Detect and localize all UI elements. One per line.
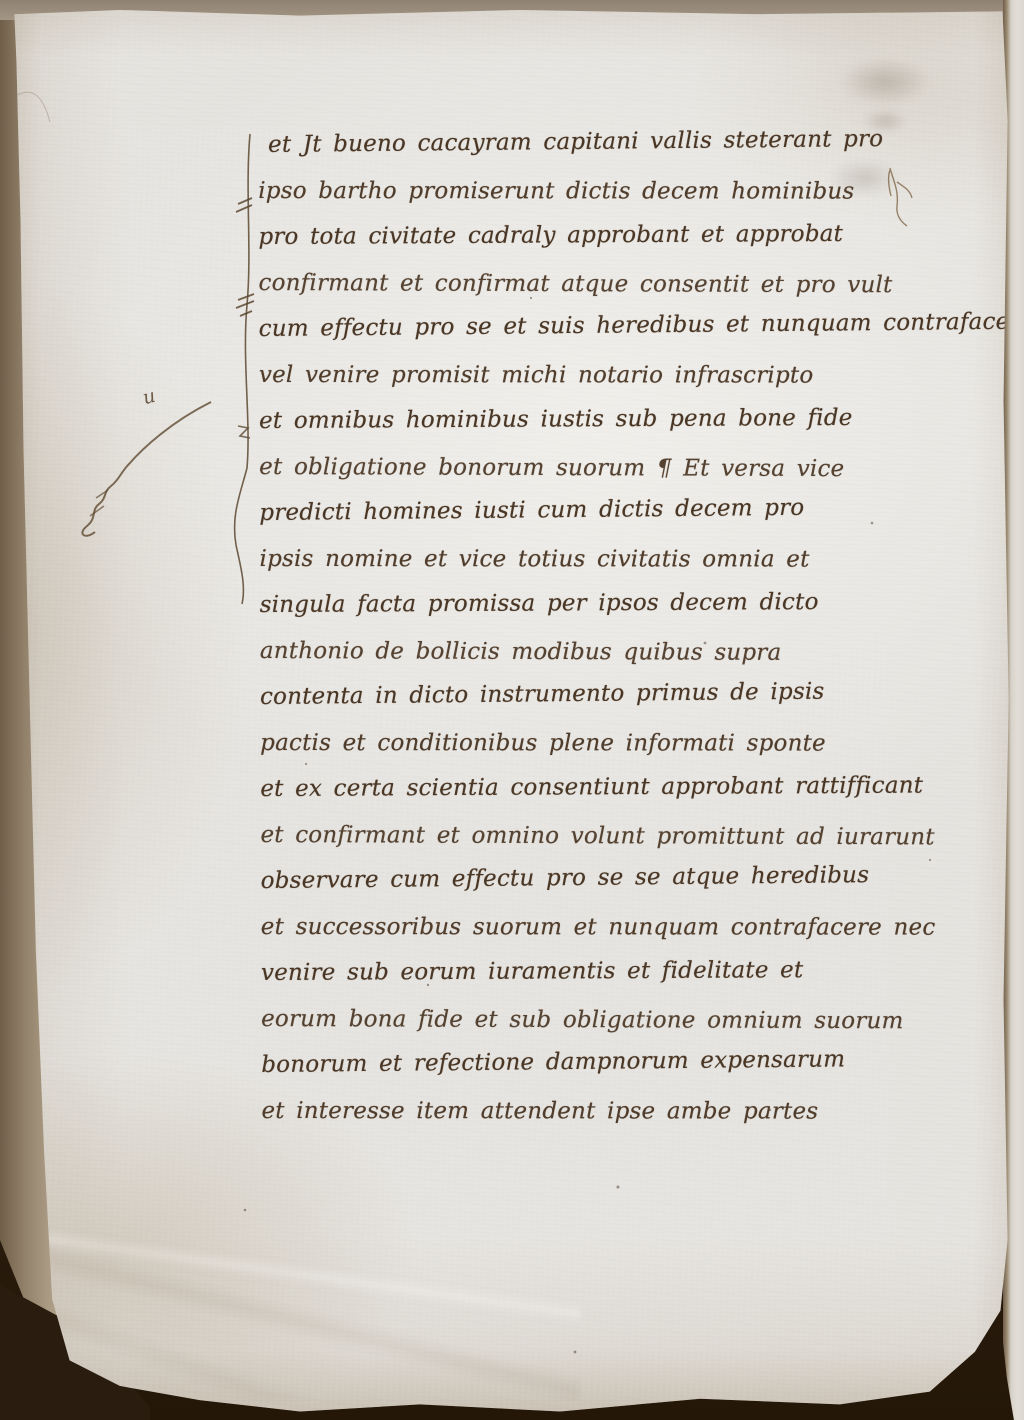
manuscript-text-line: pro tota civitate cadraly approbant et a…: [258, 211, 918, 260]
manuscript-text-line: venire sub eorum iuramentis et fidelitat…: [261, 947, 921, 996]
margin-flourish-ticks: [90, 490, 108, 516]
margin-nota-line: [235, 134, 250, 604]
pencil-smudge: [828, 158, 900, 198]
manuscript-text-line: et Jt bueno cacayram capitani vallis ste…: [258, 116, 918, 168]
paper-wrinkles: [40, 1230, 580, 1400]
photograph-backdrop: et Jt bueno cacayram capitani vallis ste…: [0, 0, 1024, 1420]
text-block: et Jt bueno cacayram capitani vallis ste…: [258, 120, 922, 1134]
margin-flourish: [82, 402, 211, 536]
manuscript-text-line: vel venire promisit michi notario infras…: [259, 352, 919, 399]
pencil-smudge: [838, 58, 930, 106]
manuscript-text-line: et ex certa scientia consentiunt approba…: [260, 763, 920, 812]
manuscript-text-line: et omnibus hominibus iustis sub pena bon…: [259, 395, 919, 444]
margin-tick-marks: [236, 198, 254, 316]
manuscript-text-line: observare cum effectu pro se se atque he…: [260, 852, 920, 904]
manuscript-text-line: et interesse item attendent ipse ambe pa…: [261, 1088, 921, 1135]
manuscript-text-line: contenta in dicto instrumento primus de …: [260, 668, 920, 720]
pencil-smudge: [862, 108, 908, 134]
manuscript-text-line: cum effectu pro se et suis heredibus et …: [259, 300, 919, 352]
manuscript-text-line: predicti homines iusti cum dictis decem …: [259, 484, 919, 536]
manuscript-text-line: singula facta promissa per ipsos decem d…: [260, 579, 920, 628]
manuscript-page: et Jt bueno cacayram capitani vallis ste…: [0, 0, 1024, 1420]
margin-nota-mark: u: [141, 385, 158, 409]
manuscript-text-line: pactis et conditionibus plene informati …: [260, 720, 920, 767]
manuscript-text-line: ipso bartho promiserunt dictis decem hom…: [258, 168, 918, 215]
margin-z-mark: [238, 426, 250, 438]
manuscript-text-line: et successoribus suorum et nunquam contr…: [261, 904, 921, 951]
manuscript-text-line: bonorum et refectione dampnorum expensar…: [261, 1036, 921, 1088]
manuscript-text-line: ipsis nomine et vice totius civitatis om…: [260, 536, 920, 583]
